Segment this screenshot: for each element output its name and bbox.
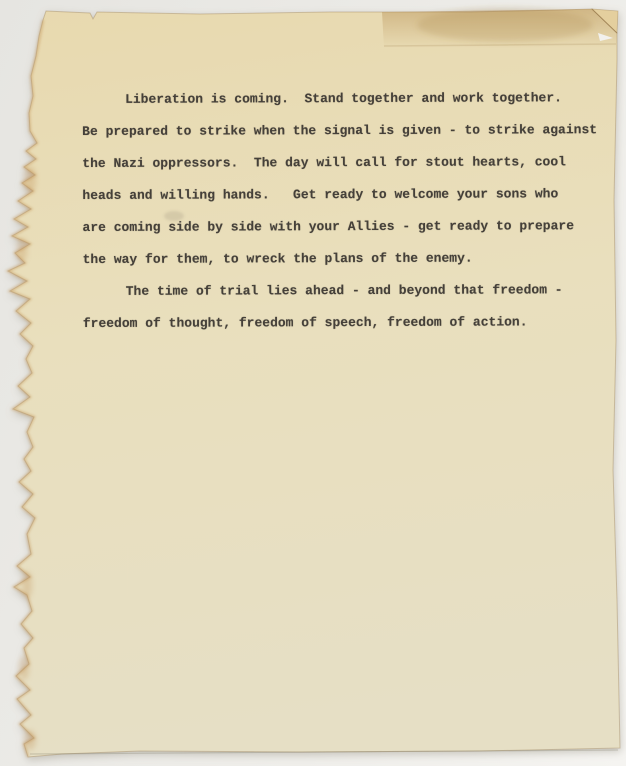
edge-blotch: [24, 166, 36, 194]
typed-line: The time of trial lies ahead - and beyon…: [83, 274, 608, 308]
edge-blotch: [17, 238, 27, 262]
edge-blotch: [22, 571, 32, 599]
typed-text-block: Liberation is coming. Stand together and…: [82, 82, 608, 340]
typed-line: Be prepared to strike when the signal is…: [82, 114, 607, 148]
stain-patch: [417, 8, 593, 42]
typed-line: Liberation is coming. Stand together and…: [82, 82, 607, 116]
edge-blotch: [24, 730, 36, 750]
scanned-document-page: Liberation is coming. Stand together and…: [0, 0, 626, 766]
typed-line: the Nazi oppressors. The day will call f…: [82, 146, 607, 180]
typed-line: the way for them, to wreck the plans of …: [83, 242, 608, 276]
typed-line: are coming side by side with your Allies…: [82, 210, 607, 244]
typed-line: freedom of thought, freedom of speech, f…: [83, 306, 608, 340]
typed-line: heads and willing hands. Get ready to we…: [82, 178, 607, 212]
edge-blotch: [19, 656, 29, 680]
